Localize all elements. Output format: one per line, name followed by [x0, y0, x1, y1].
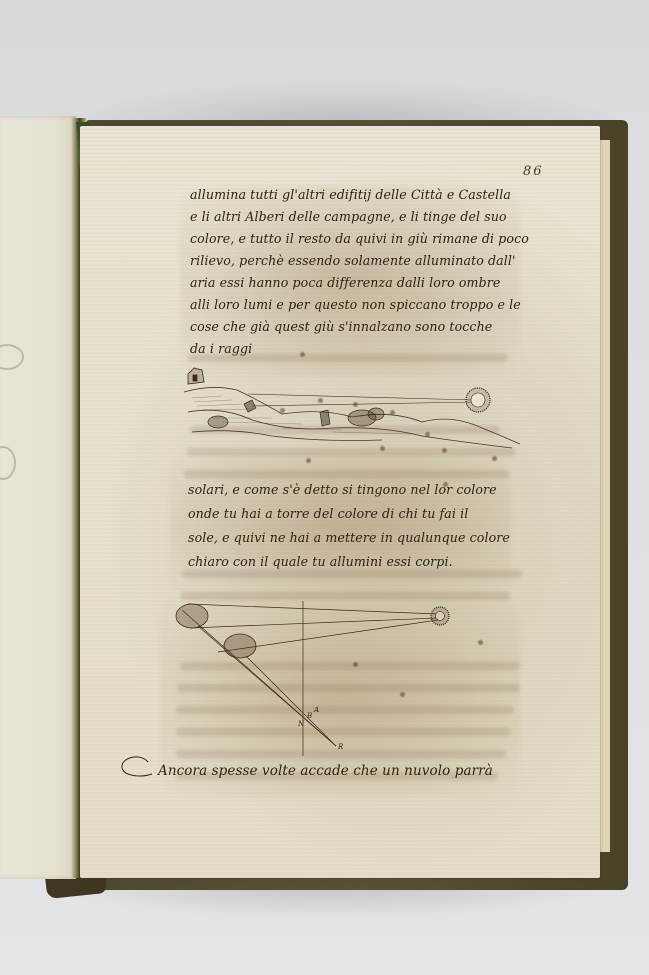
cloud-icon	[176, 604, 256, 658]
text-line: aria essi hanno poca differenza dalli lo…	[190, 272, 529, 294]
text-line: solari, e come s'è detto si tingono nel …	[188, 478, 510, 502]
landscape-sketch	[182, 362, 522, 462]
text-line: allumina tutti gl'altri edifitij delle C…	[190, 184, 529, 206]
sun-face-icon	[431, 607, 449, 625]
text-line: chiaro con il quale tu allumini essi cor…	[188, 550, 510, 574]
sun-icon	[466, 388, 490, 412]
house-icon	[188, 368, 204, 384]
bleed-through-mark	[0, 446, 16, 480]
construction-lines	[182, 601, 438, 756]
ghost-text-line	[184, 470, 509, 478]
diagram-label: N	[297, 720, 305, 728]
text-line: colore, e tutto il resto da quivi in giù…	[190, 228, 529, 250]
cloud-sun-diagram: A B N R	[168, 596, 468, 756]
text-line: onde tu hai a torre del colore di chi tu…	[188, 502, 510, 526]
sun-rays	[248, 394, 474, 406]
bleed-through-mark	[0, 344, 24, 370]
diagram-label: A	[313, 706, 319, 714]
text-line: alli loro lumi e per questo non spiccano…	[190, 294, 529, 316]
paragraph-3: Ancora spesse volte accade che un nuvolo…	[138, 760, 493, 782]
text-line: cose che già quest giù s'innalzano sono …	[190, 316, 529, 338]
diagram-label: B	[306, 712, 312, 720]
text-line: sole, e quivi ne hai a mettere in qualun…	[188, 526, 510, 550]
text-line: da i raggi	[190, 338, 529, 360]
paragraph-1: allumina tutti gl'altri edifitij delle C…	[190, 184, 529, 360]
paragraph-2: solari, e come s'è detto si tingono nel …	[188, 478, 510, 574]
diagram-label: R	[337, 743, 344, 751]
text-line: rilievo, perchè essendo solamente allumi…	[190, 250, 529, 272]
folio-number: 86	[523, 164, 544, 179]
text-line: e li altri Alberi delle campagne, e li t…	[190, 206, 529, 228]
left-page	[0, 116, 76, 879]
ink-spot	[478, 640, 483, 645]
text-line: Ancora spesse volte accade che un nuvolo…	[138, 760, 493, 782]
